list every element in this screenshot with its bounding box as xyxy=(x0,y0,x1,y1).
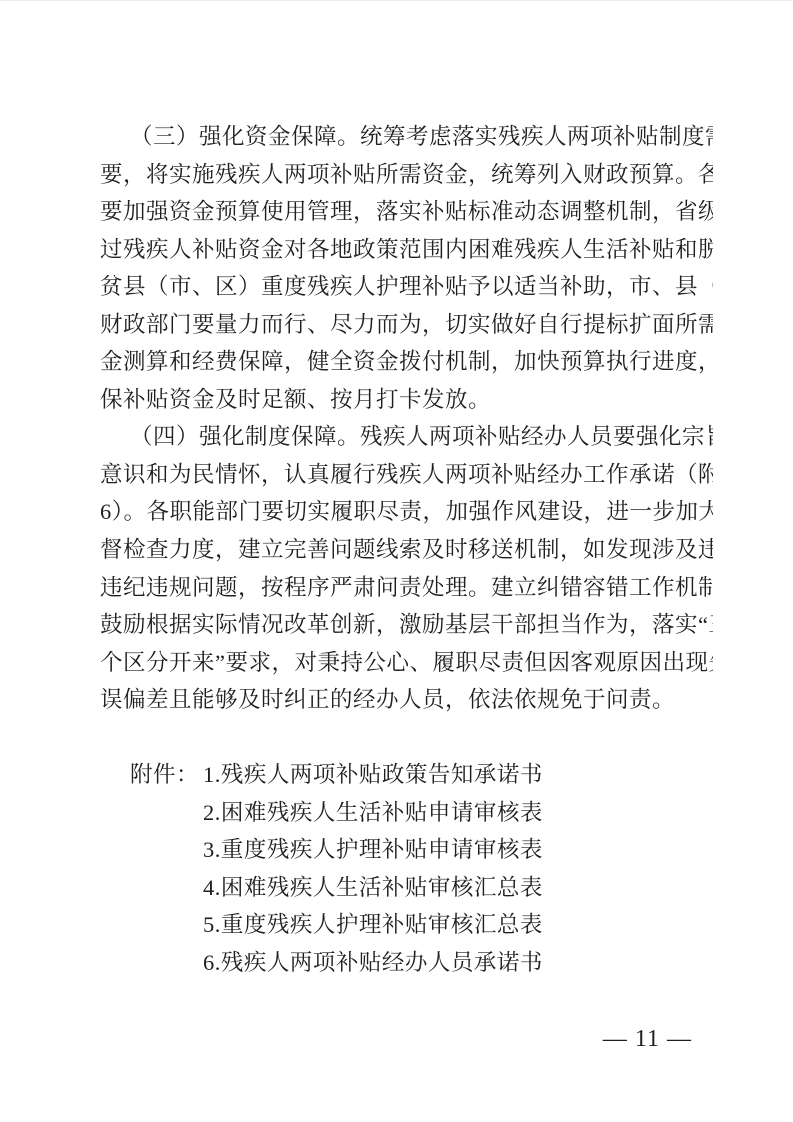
attachments-block: 附件： 1.残疾人两项补贴政策告知承诺书2.困难残疾人生活补贴申请审核表3.重度… xyxy=(130,756,713,981)
text-line: 督检查力度，建立完善问题线索及时移送机制，如发现涉及违法 xyxy=(100,531,713,569)
text-line: 要加强资金预算使用管理，落实补贴标准动态调整机制，省级通 xyxy=(100,193,713,231)
text-line: 要，将实施残疾人两项补贴所需资金，统筹列入财政预算。各地 xyxy=(100,156,713,194)
attachments-label: 附件： xyxy=(130,756,203,794)
text-line: 6）。各职能部门要切实履职尽责，加强作风建设，进一步加大监 xyxy=(100,493,713,531)
attachment-item: 1.残疾人两项补贴政策告知承诺书 xyxy=(203,756,713,794)
text-line: 贫县（市、区）重度残疾人护理补贴予以适当补助，市、县（区） xyxy=(100,268,713,306)
body-text: （三）强化资金保障。统筹考虑落实残疾人两项补贴制度需要，将实施残疾人两项补贴所需… xyxy=(100,118,713,982)
attachment-list: 1.残疾人两项补贴政策告知承诺书2.困难残疾人生活补贴申请审核表3.重度残疾人护… xyxy=(203,756,713,981)
text-line: 违纪违规问题，按程序严肃问责处理。建立纠错容错工作机制， xyxy=(100,569,713,607)
text-line: 财政部门要量力而行、尽力而为，切实做好自行提标扩面所需资 xyxy=(100,306,713,344)
attachment-item: 6.残疾人两项补贴经办人员承诺书 xyxy=(203,944,713,982)
attachment-item: 3.重度残疾人护理补贴申请审核表 xyxy=(203,831,713,869)
attachment-item: 5.重度残疾人护理补贴审核汇总表 xyxy=(203,906,713,944)
page-number: — 11 — xyxy=(603,1027,692,1051)
text-line: 鼓励根据实际情况改革创新，激励基层干部担当作为，落实“三 xyxy=(100,606,713,644)
text-line: （四）强化制度保障。残疾人两项补贴经办人员要强化宗旨 xyxy=(100,418,713,456)
text-line: 保补贴资金及时足额、按月打卡发放。 xyxy=(100,381,713,419)
attachment-item: 4.困难残疾人生活补贴审核汇总表 xyxy=(203,869,713,907)
blank-line xyxy=(100,719,713,757)
attachment-item: 2.困难残疾人生活补贴申请审核表 xyxy=(203,794,713,832)
text-line: 意识和为民情怀，认真履行残疾人两项补贴经办工作承诺（附件 xyxy=(100,456,713,494)
text-line: 个区分开来”要求，对秉持公心、履职尽责但因客观原因出现失 xyxy=(100,644,713,682)
text-line: （三）强化资金保障。统筹考虑落实残疾人两项补贴制度需 xyxy=(100,118,713,156)
paragraphs: （三）强化资金保障。统筹考虑落实残疾人两项补贴制度需要，将实施残疾人两项补贴所需… xyxy=(100,118,713,719)
text-line: 过残疾人补贴资金对各地政策范围内困难残疾人生活补贴和脱 xyxy=(100,231,713,269)
document-page: （三）强化资金保障。统筹考虑落实残疾人两项补贴制度需要，将实施残疾人两项补贴所需… xyxy=(0,0,793,1122)
text-line: 误偏差且能够及时纠正的经办人员，依法依规免于问责。 xyxy=(100,681,713,719)
text-line: 金测算和经费保障，健全资金拨付机制，加快预算执行进度，确 xyxy=(100,343,713,381)
